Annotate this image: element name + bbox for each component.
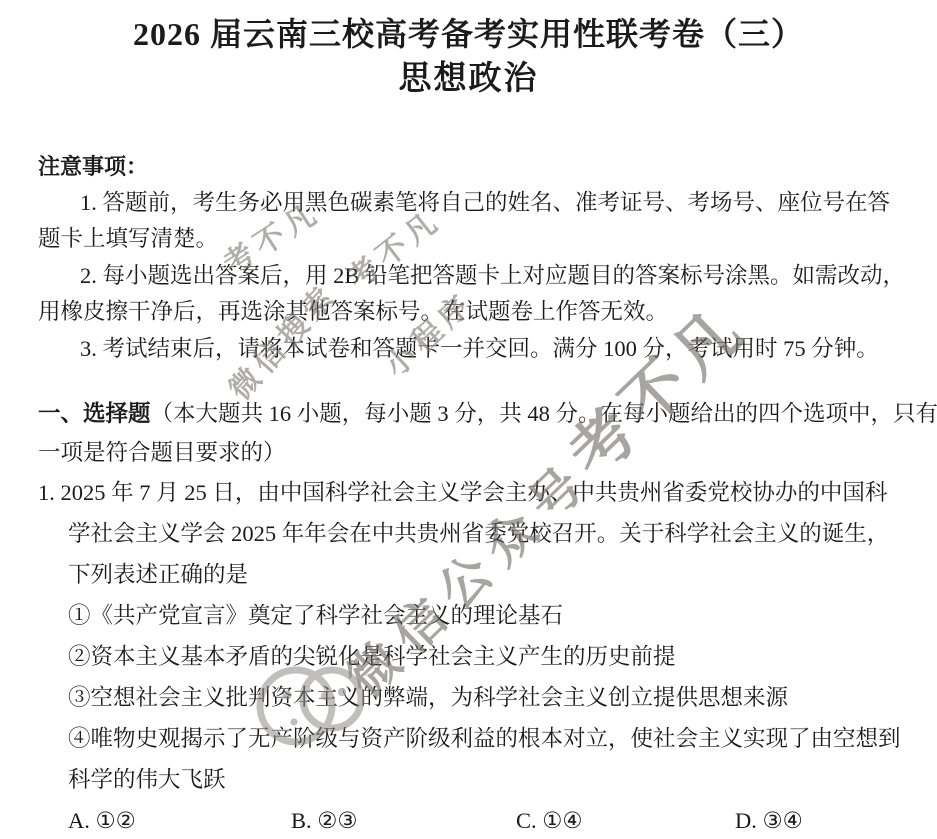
question-1-statement-3: ③空想社会主义批判资本主义的弊端，为科学社会主义创立提供思想来源 <box>38 677 899 718</box>
subject-title: 思想政治 <box>38 57 899 102</box>
section-1-intro: 一、选择题（本大题共 16 小题，每小题 3 分，共 48 分。在每小题给出的四… <box>38 394 899 472</box>
question-1-statement-2: ②资本主义基本矛盾的尖锐化是科学社会主义产生的历史前提 <box>38 636 899 677</box>
choice-d: D. ③④ <box>735 800 803 839</box>
question-1-statement-1: ①《共产党宣言》奠定了科学社会主义的理论基石 <box>38 595 899 636</box>
question-1-line-1: 1. 2025 年 7 月 25 日，由中国科学社会主义学会主办、中共贵州省委党… <box>38 472 899 513</box>
notice-item-1-line-1: 1. 答题前，考生务必用黑色碳素笔将自己的姓名、准考证号、考场号、座位号在答 <box>38 185 899 221</box>
question-1-line-2: 学社会主义学会 2025 年年会在中共贵州省委党校召开。关于科学社会主义的诞生， <box>38 513 899 554</box>
notice-section: 注意事项： 1. 答题前，考生务必用黑色碳素笔将自己的姓名、准考证号、考场号、座… <box>38 149 899 367</box>
notice-item-3: 3. 考试结束后，请将本试卷和答题卡一并交回。满分 100 分，考试用时 75 … <box>38 331 899 367</box>
notice-item-2-line-2: 用橡皮擦干净后，再选涂其他答案标号。在试题卷上作答无效。 <box>38 294 899 330</box>
question-1-statement-4-line-1: ④唯物史观揭示了无产阶级与资产阶级利益的根本对立，使社会主义实现了由空想到 <box>38 718 899 759</box>
choice-b: B. ②③ <box>291 800 358 839</box>
choice-c: C. ①④ <box>516 800 583 839</box>
section-1-intro-line-2: 一项是符合题目要求的） <box>38 433 899 472</box>
exam-paper-scan: { "header": { "title_line1": "2026 届云南三校… <box>0 0 937 839</box>
notice-item-2-line-1: 2. 每小题选出答案后，用 2B 铅笔把答题卡上对应题目的答案标号涂黑。如需改动… <box>38 258 899 294</box>
choice-a: A. ①② <box>68 800 136 839</box>
question-1-statement-4-line-2: 科学的伟大飞跃 <box>38 759 899 800</box>
notice-heading: 注意事项： <box>38 149 899 185</box>
section-1-intro-rest: （本大题共 16 小题，每小题 3 分，共 48 分。在每小题给出的四个选项中，… <box>151 401 937 426</box>
notice-item-1-line-2: 题卡上填写清楚。 <box>38 221 899 257</box>
page-title: 2026 届云南三校高考备考实用性联考卷（三） <box>38 12 899 57</box>
page-content: 2026 届云南三校高考备考实用性联考卷（三） 思想政治 注意事项： 1. 答题… <box>0 0 937 839</box>
section-1-intro-line-1: 一、选择题（本大题共 16 小题，每小题 3 分，共 48 分。在每小题给出的四… <box>38 394 899 433</box>
question-1-choices-row: A. ①② B. ②③ C. ①④ D. ③④ <box>38 800 899 839</box>
question-1-line-3: 下列表述正确的是 <box>38 554 899 595</box>
section-1-heading: 一、选择题 <box>38 401 151 426</box>
question-1: 1. 2025 年 7 月 25 日，由中国科学社会主义学会主办、中共贵州省委党… <box>38 472 899 839</box>
